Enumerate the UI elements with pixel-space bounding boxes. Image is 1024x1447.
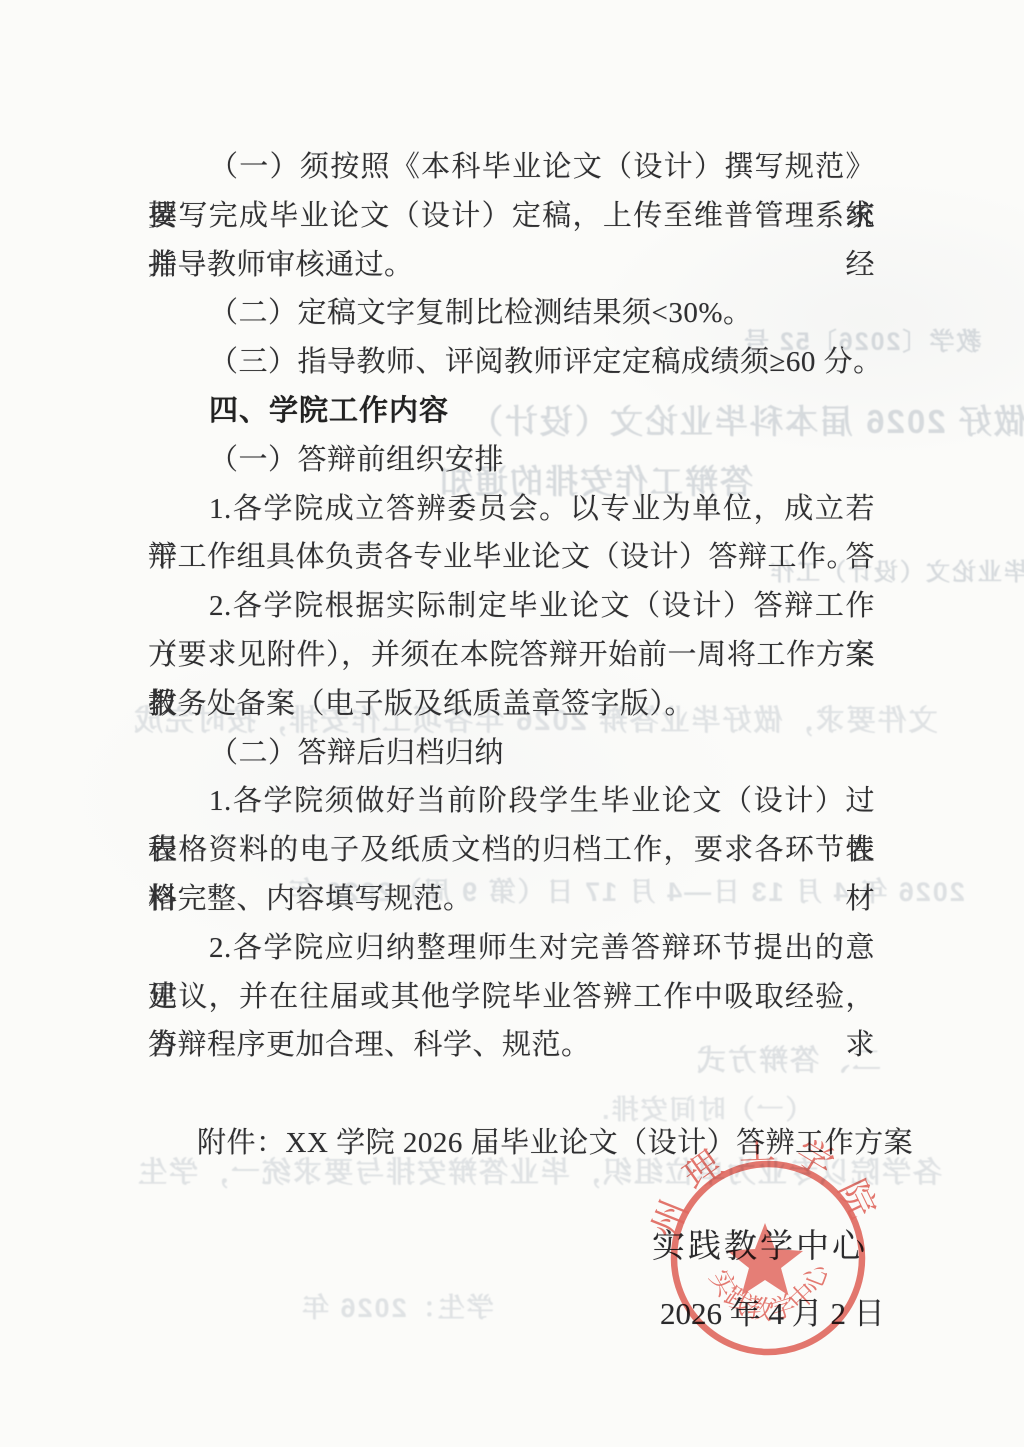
bleed-through-line: 学生：2026 年: [300, 1286, 494, 1325]
document-line: （二）答辩后归档归纳: [148, 729, 875, 778]
document-line: 撰写完成毕业论文（设计）定稿，上传至维普管理系统并经: [148, 192, 875, 241]
document-line: 教务处备案（电子版及纸质盖章签字版）。: [148, 680, 875, 729]
official-seal-stamp: 州理工学院 实践教学中心: [648, 1140, 898, 1380]
document-line: 辩工作组具体负责各专业毕业论文（设计）答辩工作。: [148, 533, 875, 582]
document-line: （一）答辩前组织安排: [148, 436, 875, 485]
document-line: 1.各学院成立答辨委员会。以专业为单位，成立若干答: [148, 485, 875, 534]
seal-org-arc-text: 州理工学院: [648, 1140, 890, 1244]
scanned-notice-page: 教学〔2026〕52 号 关于做好 2026 届本科毕业论文（设计） 答辩工作安…: [0, 0, 1024, 1447]
document-line: 表格资料的电子及纸质文档的归档工作，要求各环节表格材: [148, 826, 875, 875]
document-line: 2.各学院根据实际制定毕业论文（设计）答辩工作方案: [148, 582, 875, 631]
document-line: （一）须按照《本科毕业论文（设计）撰写规范》要求: [148, 143, 875, 192]
document-line: 1.各学院须做好当前阶段学生毕业论文（设计）过程性: [148, 777, 875, 826]
document-line: 建议，并在往届或其他学院毕业答辨工作中吸取经验，力求: [148, 973, 875, 1022]
document-line: （要求见附件），并须在本院答辩开始前一周将工作方案报: [148, 631, 875, 680]
document-line: 四、学院工作内容: [148, 387, 875, 436]
document-line: 2.各学院应归纳整理师生对完善答辩环节提出的意见: [148, 924, 875, 973]
document-line: （三）指导教师、评阅教师评定定稿成绩须≥60 分。: [148, 338, 875, 387]
document-body: （一）须按照《本科毕业论文（设计）撰写规范》要求撰写完成毕业论文（设计）定稿，上…: [148, 143, 875, 1168]
line-spacer: [148, 1070, 875, 1119]
document-line: （二）定稿文字复制比检测结果须<30%。: [148, 289, 875, 338]
